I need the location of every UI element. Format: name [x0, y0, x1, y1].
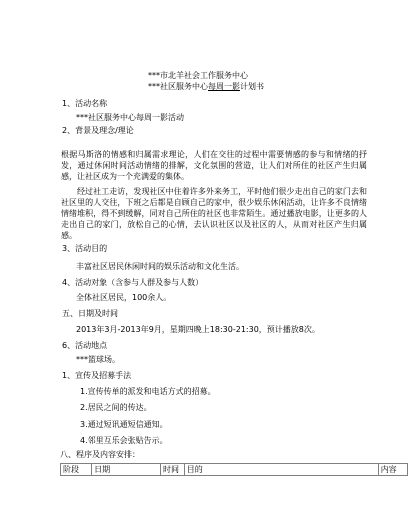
section-2-paragraph-1: 根据马斯洛的情感和归属需求理论，人们在交往的过程中需要情感的参与和情绪的抒发，通… — [61, 149, 367, 182]
section-7-item-3: 3.通过短讯通短信通知。 — [80, 420, 168, 430]
schedule-table: 阶段 日期 时间 目的 内容 — [60, 463, 408, 476]
section-5-heading: 五、日期及时间 — [62, 309, 118, 319]
document-page: ***市北羊社会工作服务中心 ***社区服务中心每周一影计划书 1、活动名称 *… — [0, 0, 408, 528]
section-7-item-2: 2.居民之间的传达。 — [80, 403, 152, 413]
section-7-item-4: 4.邻里互乐会张贴告示。 — [80, 436, 168, 446]
section-6-body: ***篮球场。 — [76, 355, 120, 365]
col-header-time: 时间 — [160, 464, 184, 476]
org-title: ***市北羊社会工作服务中心 — [148, 71, 248, 81]
section-7-heading: 1、宣传及招募手法 — [62, 371, 131, 381]
section-3-heading: 3、活动目的 — [62, 244, 107, 254]
schedule-table-header-row: 阶段 日期 时间 目的 内容 — [61, 464, 408, 476]
section-3-body: 丰富社区居民休闲时间的娱乐活动和文化生活。 — [76, 262, 244, 272]
plan-title-underlined: 每周一影 — [208, 82, 240, 91]
col-header-content: 内容 — [378, 464, 407, 476]
section-2-heading: 2、背景及理念/理论 — [62, 126, 134, 136]
section-6-heading: 6、活动地点 — [62, 341, 107, 351]
section-5-body: 2013年3月-2013年9月，星期四晚上18:30-21:30，预计播放8次。 — [76, 325, 320, 335]
plan-title-suffix: 计划书 — [240, 82, 264, 91]
section-2-paragraph-2: 经过社工走访，发现社区中住着许多外来务工，平时他们很少走出自己的家门去和社区里的… — [61, 186, 367, 241]
col-header-purpose: 目的 — [184, 464, 378, 476]
col-header-date: 日期 — [92, 464, 161, 476]
section-7-item-1: 1.宣传传单的派发和电话方式的招募。 — [80, 387, 216, 397]
section-1-body: ***社区服务中心每周一影活动 — [76, 113, 184, 123]
section-1-heading: 1、活动名称 — [62, 99, 107, 109]
plan-title-prefix: ***社区服务中心 — [148, 82, 208, 91]
col-header-stage: 阶段 — [61, 464, 92, 476]
plan-title: ***社区服务中心每周一影计划书 — [148, 82, 264, 92]
section-4-body: 全体社区居民，100余人。 — [76, 293, 171, 303]
section-8-heading: 八、程序及内容安排： — [60, 450, 140, 460]
section-4-heading: 4、活动对象（含参与人群及参与人数） — [62, 278, 203, 288]
